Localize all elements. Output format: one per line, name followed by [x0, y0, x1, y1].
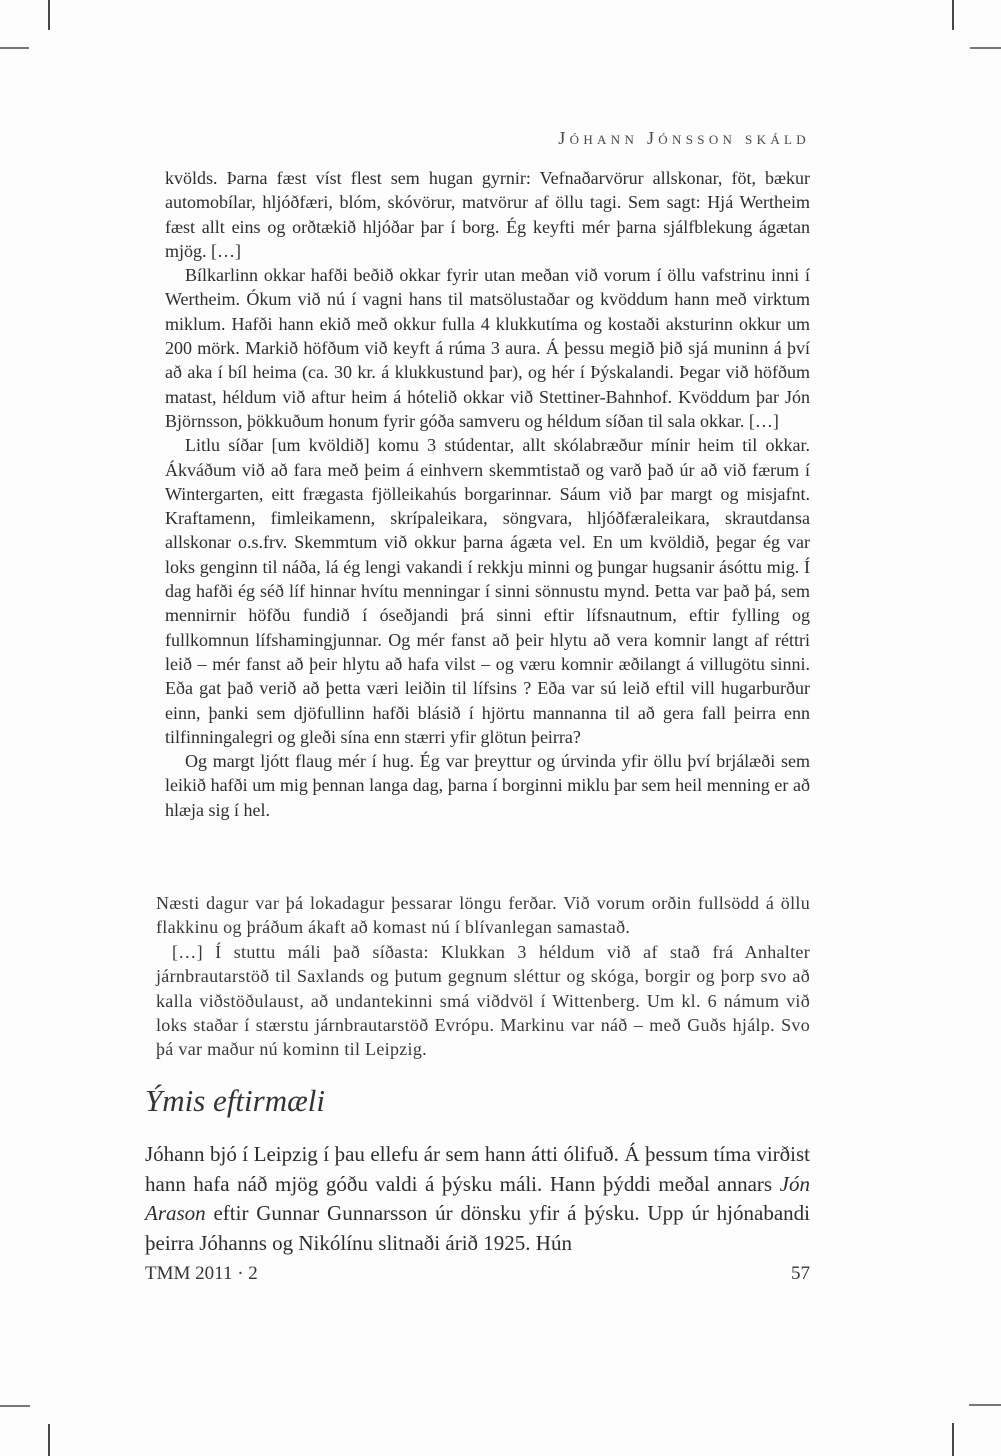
body-paragraph: Jóhann bjó í Leipzig í þau ellefu ár sem… — [145, 1140, 810, 1258]
quote-paragraph: […] Í stuttu máli það síðasta: Klukkan 3… — [156, 940, 810, 1062]
running-header: Jóhann Jónsson skáld — [165, 128, 810, 149]
page-footer: TMM 2011 · 2 57 — [145, 1263, 810, 1285]
journal-issue: TMM 2011 · 2 — [145, 1263, 258, 1285]
section-heading: Ýmis eftirmæli — [145, 1083, 810, 1119]
crop-mark-bottom-left-vertical — [48, 1424, 50, 1456]
crop-mark-top-left-horizontal — [0, 47, 29, 49]
crop-mark-top-right-vertical — [952, 0, 954, 30]
quoted-diary-block-2: Næsti dagur var þá lokadagur þessarar lö… — [156, 891, 810, 1062]
crop-mark-bottom-right-vertical — [952, 1423, 954, 1456]
quote-paragraph: kvölds. Þarna fæst víst flest sem hugan … — [165, 166, 810, 263]
crop-mark-bottom-left-horizontal — [0, 1405, 30, 1407]
body-text-before: Jóhann bjó í Leipzig í þau ellefu ár sem… — [145, 1142, 810, 1196]
quote-paragraph: Bílkarlinn okkar hafði beðið okkar fyrir… — [165, 263, 810, 433]
crop-mark-bottom-right-horizontal — [969, 1404, 1001, 1406]
page-number: 57 — [791, 1263, 810, 1285]
body-text-after: eftir Gunnar Gunnarsson úr dönsku yfir á… — [145, 1201, 810, 1255]
quote-paragraph: Og margt ljótt flaug mér í hug. Ég var þ… — [165, 749, 810, 822]
quote-paragraph: Litlu síðar [um kvöldið] komu 3 stúdenta… — [165, 433, 810, 749]
crop-mark-top-right-horizontal — [970, 47, 1001, 49]
quoted-diary-block-1: kvölds. Þarna fæst víst flest sem hugan … — [165, 166, 810, 822]
crop-mark-top-left-vertical — [48, 0, 50, 30]
magazine-page: Jóhann Jónsson skáld kvölds. Þarna fæst … — [0, 0, 1001, 1456]
quote-paragraph: Næsti dagur var þá lokadagur þessarar lö… — [156, 891, 810, 940]
